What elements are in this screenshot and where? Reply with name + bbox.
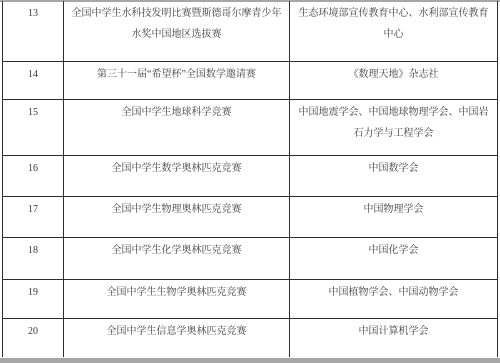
competition-name-cell: 全国中学生数学奥林匹克竞赛 — [64, 156, 290, 197]
table-row: 15全国中学生地球科学竞赛中国地震学会、中国地球物理学会、中国岩 石力学与工程学… — [3, 100, 498, 156]
row-number-cell: 15 — [3, 100, 64, 156]
document-page: 13全国中学生水科技发明比赛暨斯德哥尔摩青少年 水奖中国地区选拔赛生态环境部宣传… — [0, 0, 500, 363]
table-row: 16全国中学生数学奥林匹克竞赛中国数学会 — [3, 156, 498, 197]
competitions-table: 13全国中学生水科技发明比赛暨斯德哥尔摩青少年 水奖中国地区选拔赛生态环境部宣传… — [2, 1, 498, 357]
competition-name-cell: 全国中学生水科技发明比赛暨斯德哥尔摩青少年 水奖中国地区选拔赛 — [64, 1, 290, 62]
table-row: 13全国中学生水科技发明比赛暨斯德哥尔摩青少年 水奖中国地区选拔赛生态环境部宣传… — [3, 1, 498, 62]
organizer-cell: 中国地震学会、中国地球物理学会、中国岩 石力学与工程学会 — [290, 100, 498, 156]
row-number-cell: 14 — [3, 62, 64, 100]
table-row: 17全国中学生物理奥林匹克竞赛中国物理学会 — [3, 197, 498, 238]
organizer-cell: 《数理天地》杂志社 — [290, 62, 498, 100]
row-number-cell: 19 — [3, 280, 64, 319]
table-row: 18全国中学生化学奥林匹克竞赛中国化学会 — [3, 238, 498, 280]
competition-name-cell: 全国中学生化学奥林匹克竞赛 — [64, 238, 290, 280]
row-number-cell: 18 — [3, 238, 64, 280]
competition-name-cell: 全国中学生地球科学竞赛 — [64, 100, 290, 156]
organizer-cell: 中国植物学会、中国动物学会 — [290, 280, 498, 319]
table-row: 19全国中学生生物学奥林匹克竞赛中国植物学会、中国动物学会 — [3, 280, 498, 319]
competition-name-cell: 全国中学生信息学奥林匹克竞赛 — [64, 319, 290, 358]
row-number-cell: 13 — [3, 1, 64, 62]
competition-name-cell: 全国中学生物理奥林匹克竞赛 — [64, 197, 290, 238]
competition-name-cell: 全国中学生生物学奥林匹克竞赛 — [64, 280, 290, 319]
organizer-cell: 中国数学会 — [290, 156, 498, 197]
row-number-cell: 17 — [3, 197, 64, 238]
table-row: 20全国中学生信息学奥林匹克竞赛中国计算机学会 — [3, 319, 498, 358]
row-number-cell: 16 — [3, 156, 64, 197]
competition-name-cell: 第三十一届“希望杯”全国数学邀请赛 — [64, 62, 290, 100]
competitions-table-body: 13全国中学生水科技发明比赛暨斯德哥尔摩青少年 水奖中国地区选拔赛生态环境部宣传… — [3, 1, 498, 357]
organizer-cell: 中国计算机学会 — [290, 319, 498, 358]
page-bottom-edge-bar — [0, 358, 500, 363]
organizer-cell: 生态环境部宣传教育中心、水利部宣传教育 中心 — [290, 1, 498, 62]
organizer-cell: 中国物理学会 — [290, 197, 498, 238]
organizer-cell: 中国化学会 — [290, 238, 498, 280]
row-number-cell: 20 — [3, 319, 64, 358]
table-row: 14第三十一届“希望杯”全国数学邀请赛《数理天地》杂志社 — [3, 62, 498, 100]
